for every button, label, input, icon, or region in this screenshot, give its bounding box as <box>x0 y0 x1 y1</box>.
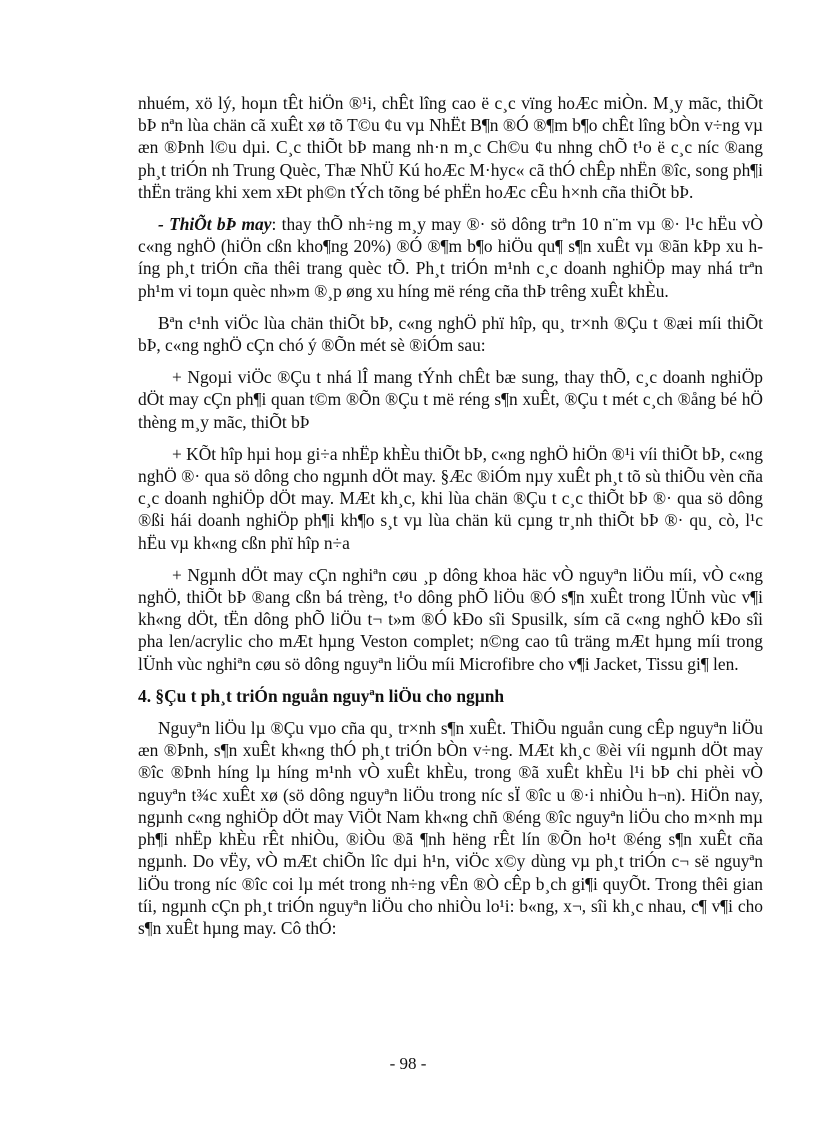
section-heading: 4. §Çu t­ ph¸t triÓn nguån nguyªn liÖu c… <box>138 685 763 707</box>
paragraph-raw-materials: Nguyªn liÖu lµ ®Çu vµo cña qu¸ tr×nh s¶n… <box>138 717 763 939</box>
sewing-equipment-label: - ThiÕt bÞ may <box>158 214 271 234</box>
bullet-research-materials: + Ngµnh dÖt may cÇn nghiªn cøu ¸p dông k… <box>138 564 763 675</box>
bullet-combine-imports: + KÕt hîp hµi hoµ gi÷a nhËp khÈu thiÕt b… <box>138 443 763 554</box>
page-number: - 98 - <box>0 1054 816 1074</box>
paragraph-investment-notes: Bªn c¹nh viÖc lùa chän thiÕt bÞ, c«ng ng… <box>138 312 763 356</box>
document-page: nhuém, xö lý, hoµn tÊt hiÖn ®¹i, chÊt l­… <box>138 92 763 949</box>
paragraph-sewing-equipment: - ThiÕt bÞ may: thay thÕ nh÷ng m¸y may ®… <box>138 213 763 302</box>
bullet-expand-investment: + Ngoµi viÖc ®Çu t­ nhá lÎ mang tÝnh chÊ… <box>138 366 763 433</box>
paragraph-equipment-origin: nhuém, xö lý, hoµn tÊt hiÖn ®¹i, chÊt l­… <box>138 92 763 203</box>
